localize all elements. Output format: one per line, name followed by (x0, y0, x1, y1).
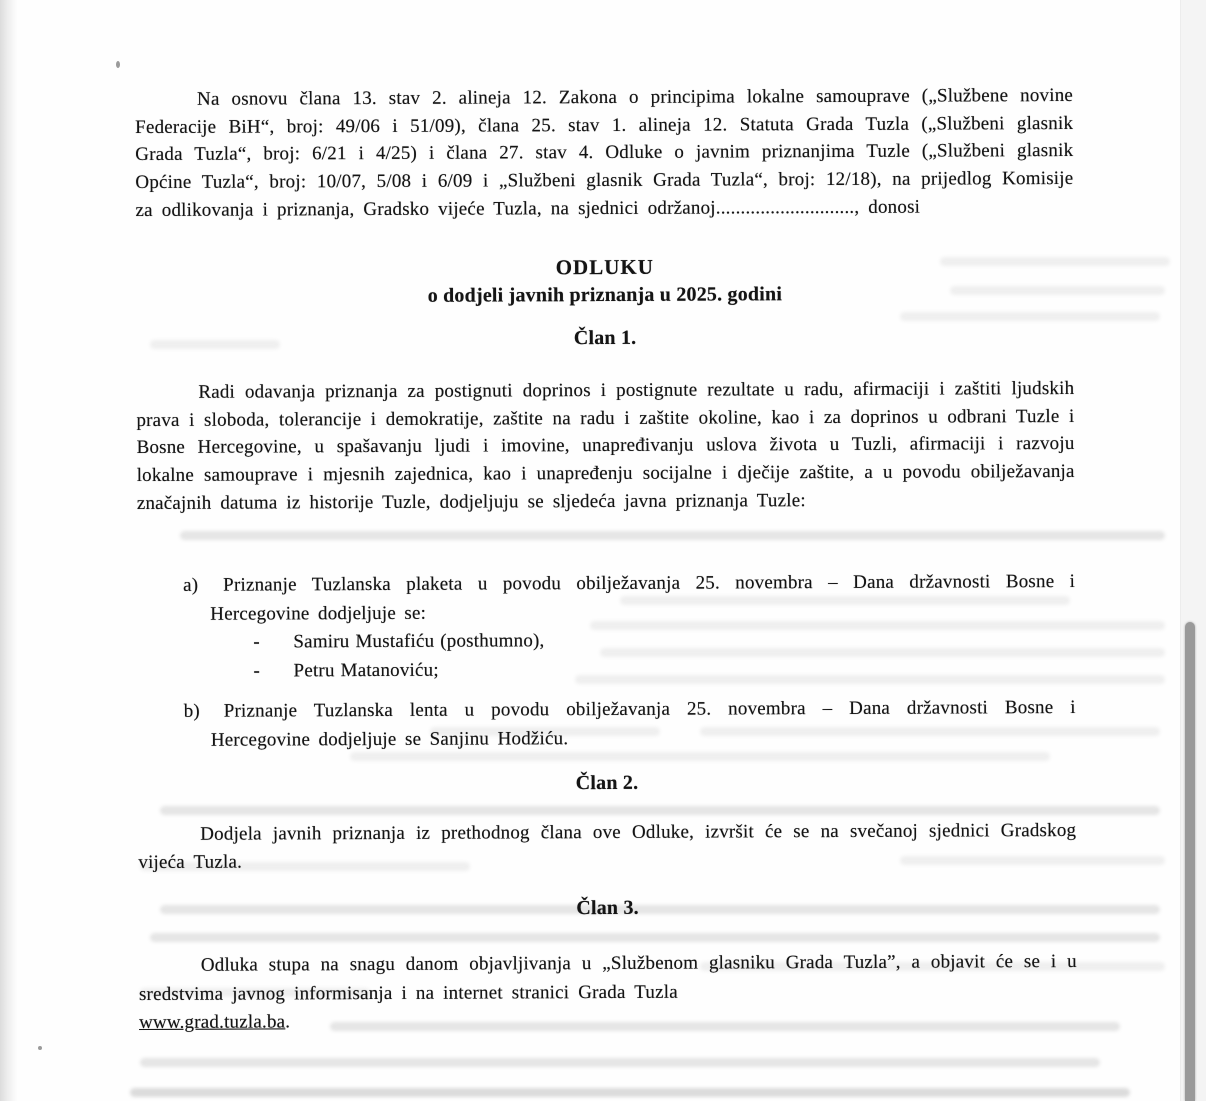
dash-bullet: - (253, 629, 260, 658)
recipient-name: Samiru Mustafiću (posthumno), (293, 630, 544, 652)
article-3-paragraph: Odluka stupa na snagu danom objavljivanj… (139, 948, 1077, 1038)
recognition-item-b: b) Priznanje Tuzlanska lenta u povodu ob… (138, 694, 1076, 755)
recipient-name: Petru Matanoviću; (293, 660, 438, 682)
item-b-text: Priznanje Tuzlanska lenta u povodu obilj… (211, 697, 1076, 750)
recognition-item-a: a) Priznanje Tuzlanska plaketa u povodu … (137, 568, 1075, 687)
intro-paragraph: Na osnovu člana 13. stav 2. alineja 12. … (135, 82, 1074, 225)
scan-speck (116, 61, 120, 68)
article-3-text: Odluka stupa na snagu danom objavljivanj… (139, 951, 1077, 1005)
document-scan-page: { "doc": { "intro": "Na osnovu člana 13.… (0, 0, 1206, 1101)
item-a-marker: a) (183, 572, 198, 601)
decree-title: ODLUKU (136, 252, 1074, 282)
website-link: www.grad.tuzla.ba (139, 1011, 285, 1033)
dash-bullet: - (253, 657, 260, 686)
article-1-paragraph: Radi odavanja priznanja za postignuti do… (136, 375, 1075, 518)
article-3-heading: Član 3. (139, 893, 1077, 923)
item-b-marker: b) (184, 698, 200, 727)
recipient-row: - Samiru Mustafiću (posthumno), (210, 625, 1075, 658)
article-2-paragraph: Dodjela javnih priznanja iz prethodnog č… (138, 817, 1076, 876)
page-left-edge (0, 0, 18, 1101)
item-a-text: Priznanje Tuzlanska plaketa u povodu obi… (210, 571, 1075, 624)
decree-subtitle: o dodjeli javnih priznanja u 2025. godin… (136, 280, 1074, 310)
article-2-heading: Član 2. (138, 768, 1076, 798)
scan-speck (38, 1046, 42, 1050)
document-content: Na osnovu člana 13. stav 2. alineja 12. … (135, 0, 1078, 1101)
scrollbar-thumb[interactable] (1185, 622, 1195, 1101)
scanned-sheet: Na osnovu člana 13. stav 2. alineja 12. … (0, 0, 1206, 1101)
article-1-heading: Član 1. (136, 323, 1074, 353)
article-3-period: . (285, 1011, 290, 1032)
recipient-row: - Petru Matanoviću; (210, 654, 1075, 687)
